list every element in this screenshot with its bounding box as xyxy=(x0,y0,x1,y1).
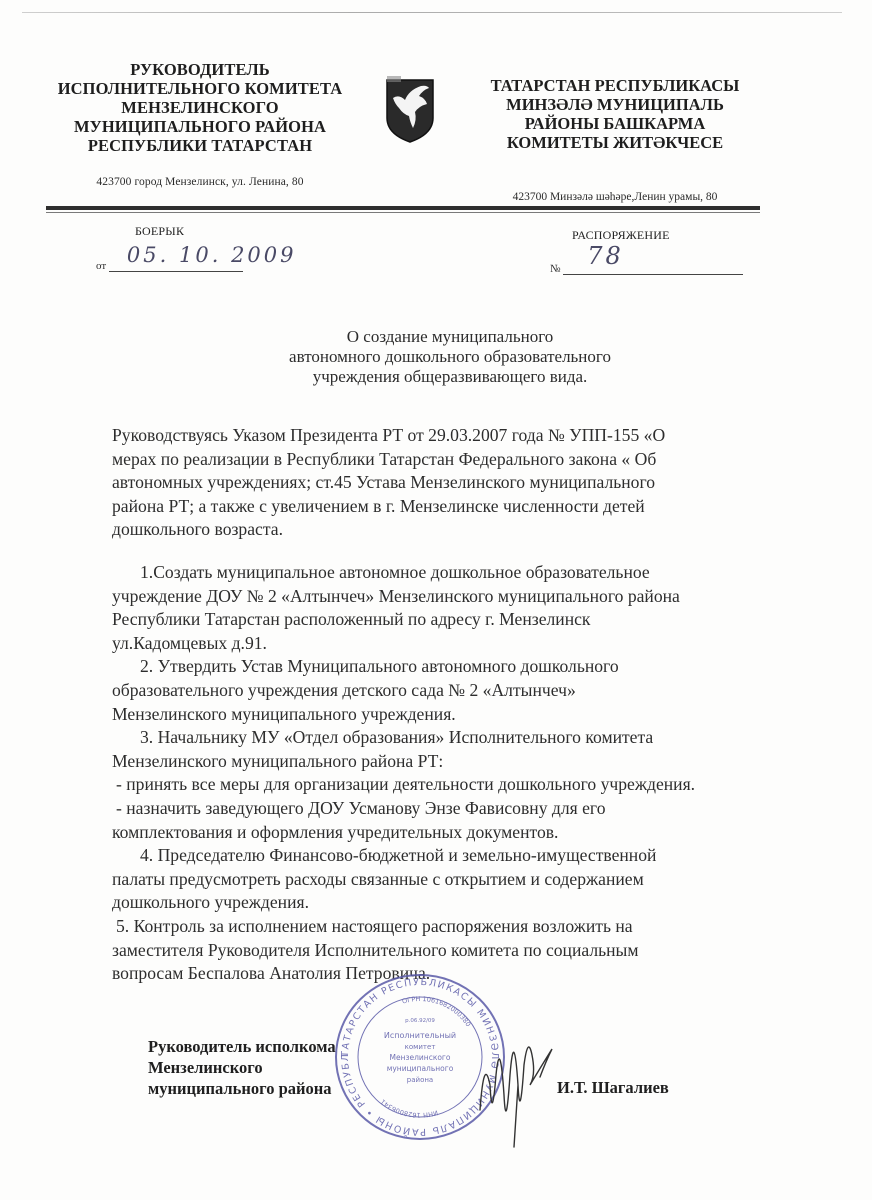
seal-center-line: комитет xyxy=(405,1043,436,1051)
handwritten-signature xyxy=(470,1015,570,1150)
seal-center-line: муниципального xyxy=(387,1064,454,1073)
item-3-line: Мензелинского муниципального района РТ: xyxy=(112,750,792,774)
seal-date: р.06.92/09 xyxy=(405,1018,435,1024)
seal-center-line: Исполнительный xyxy=(384,1031,456,1040)
signatory-position-line: Руководитель исполкома xyxy=(148,1036,336,1057)
header-divider-thin xyxy=(46,212,760,213)
item-3-line: 3. Начальнику МУ «Отдел образования» Исп… xyxy=(112,726,792,750)
header-right-line: РАЙОНЫ БАШКАРМА xyxy=(465,114,765,133)
header-left-line: МЕНЗЕЛИНСКОГО xyxy=(40,98,360,117)
preamble-line: мерах по реализации в Республики Татарст… xyxy=(112,448,792,472)
preamble-paragraph: Руководствуясь Указом Президента РТ от 2… xyxy=(112,424,792,542)
header-right-line: МИНЗӘЛӘ МУНИЦИПАЛЬ xyxy=(465,95,765,114)
number-field: № 78 xyxy=(550,258,743,275)
seal-center-line: Мензелинского xyxy=(390,1053,451,1062)
number-handwritten: 78 xyxy=(587,242,624,270)
dove-coat-of-arms-icon xyxy=(383,76,437,144)
date-handwritten: 05. 10. 2009 xyxy=(127,243,297,267)
item-4-line: 4. Председателю Финансово-бюджетной и зе… xyxy=(112,844,792,868)
header-right-address: 423700 Минзәлә шәһәре,Ленин урамы, 80 xyxy=(465,188,765,207)
title-line: автономного дошкольного образовательного xyxy=(200,347,700,367)
header-divider-thick xyxy=(46,206,760,210)
item-2-line: 2. Утвердить Устав Муниципального автоно… xyxy=(112,655,792,679)
document-page: РУКОВОДИТЕЛЬ ИСПОЛНИТЕЛЬНОГО КОМИТЕТА МЕ… xyxy=(0,0,872,1200)
item-1-line: Республики Татарстан расположенный по ад… xyxy=(112,608,792,632)
item-2-line: образовательного учреждения детского сад… xyxy=(112,679,792,703)
item-3-subitem: - принять все меры для организации деяте… xyxy=(112,773,792,797)
signatory-position-line: Мензелинского xyxy=(148,1057,336,1078)
svg-text:ИНН 1628006341: ИНН 1628006341 xyxy=(379,1097,439,1119)
header-left-address: 423700 город Мензелинск, ул. Ленина, 80 xyxy=(40,173,360,192)
number-prefix: № xyxy=(550,263,561,275)
signatory-position-line: муниципального района xyxy=(148,1078,336,1099)
title-line: учреждения общеразвивающего вида. xyxy=(200,367,700,387)
item-3-subitem: - назначить заведующего ДОУ Усманову Энз… xyxy=(112,797,792,821)
item-3-line: комплектования и оформления учредительны… xyxy=(112,821,792,845)
item-1-line: 1.Создать муниципальное автономное дошко… xyxy=(112,561,792,585)
date-prefix: от xyxy=(96,260,106,272)
item-4-line: дошкольного учреждения. xyxy=(112,891,792,915)
signatory-position: Руководитель исполкома Мензелинского мун… xyxy=(148,1036,336,1099)
order-items: 1.Создать муниципальное автономное дошко… xyxy=(112,561,792,986)
item-1-line: учреждение ДОУ № 2 «Алтынчеч» Мензелинск… xyxy=(112,585,792,609)
document-title: О создание муниципального автономного до… xyxy=(200,327,700,387)
item-5-line: 5. Контроль за исполнением настоящего ра… xyxy=(112,915,792,939)
preamble-line: дошкольного возраста. xyxy=(112,518,792,542)
header-right-tatar: ТАТАРСТАН РЕСПУБЛИКАСЫ МИНЗӘЛӘ МУНИЦИПАЛ… xyxy=(465,76,765,207)
item-4-line: палаты предусмотреть расходы связанные с… xyxy=(112,868,792,892)
header-left-line: ИСПОЛНИТЕЛЬНОГО КОМИТЕТА xyxy=(40,79,360,98)
signatory-name: И.Т. Шагалиев xyxy=(557,1078,669,1098)
preamble-line: Руководствуясь Указом Президента РТ от 2… xyxy=(112,424,792,448)
preamble-line: автономных учреждениях; ст.45 Устава Мен… xyxy=(112,471,792,495)
doc-type-russian: РАСПОРЯЖЕНИЕ xyxy=(572,228,670,243)
number-underline: 78 xyxy=(563,258,743,275)
doc-type-tatar: БОЕРЫК xyxy=(135,224,184,239)
date-underline: 05. 10. 2009 xyxy=(109,255,243,272)
item-2-line: Мензелинского муниципального учреждения. xyxy=(112,703,792,727)
header-left-line: РЕСПУБЛИКИ ТАТАРСТАН xyxy=(40,136,360,155)
header-right-line: ТАТАРСТАН РЕСПУБЛИКАСЫ xyxy=(465,76,765,95)
item-1-line: ул.Кадомцевых д.91. xyxy=(112,632,792,656)
header-left-line: РУКОВОДИТЕЛЬ xyxy=(40,60,360,79)
seal-inn: ИНН 1628006341 xyxy=(379,1097,439,1119)
preamble-line: района РТ; а также с увеличением в г. Ме… xyxy=(112,495,792,519)
header-left-line: МУНИЦИПАЛЬНОГО РАЙОНА xyxy=(40,117,360,136)
scan-edge-line xyxy=(22,12,842,13)
seal-center-line: района xyxy=(407,1076,433,1084)
header-right-line: КОМИТЕТЫ ЖИТӘКЧЕСЕ xyxy=(465,133,765,152)
date-field: от 05. 10. 2009 xyxy=(96,255,243,272)
title-line: О создание муниципального xyxy=(200,327,700,347)
header-left-russian: РУКОВОДИТЕЛЬ ИСПОЛНИТЕЛЬНОГО КОМИТЕТА МЕ… xyxy=(40,60,360,192)
item-5-line: заместителя Руководителя Исполнительного… xyxy=(112,939,792,963)
